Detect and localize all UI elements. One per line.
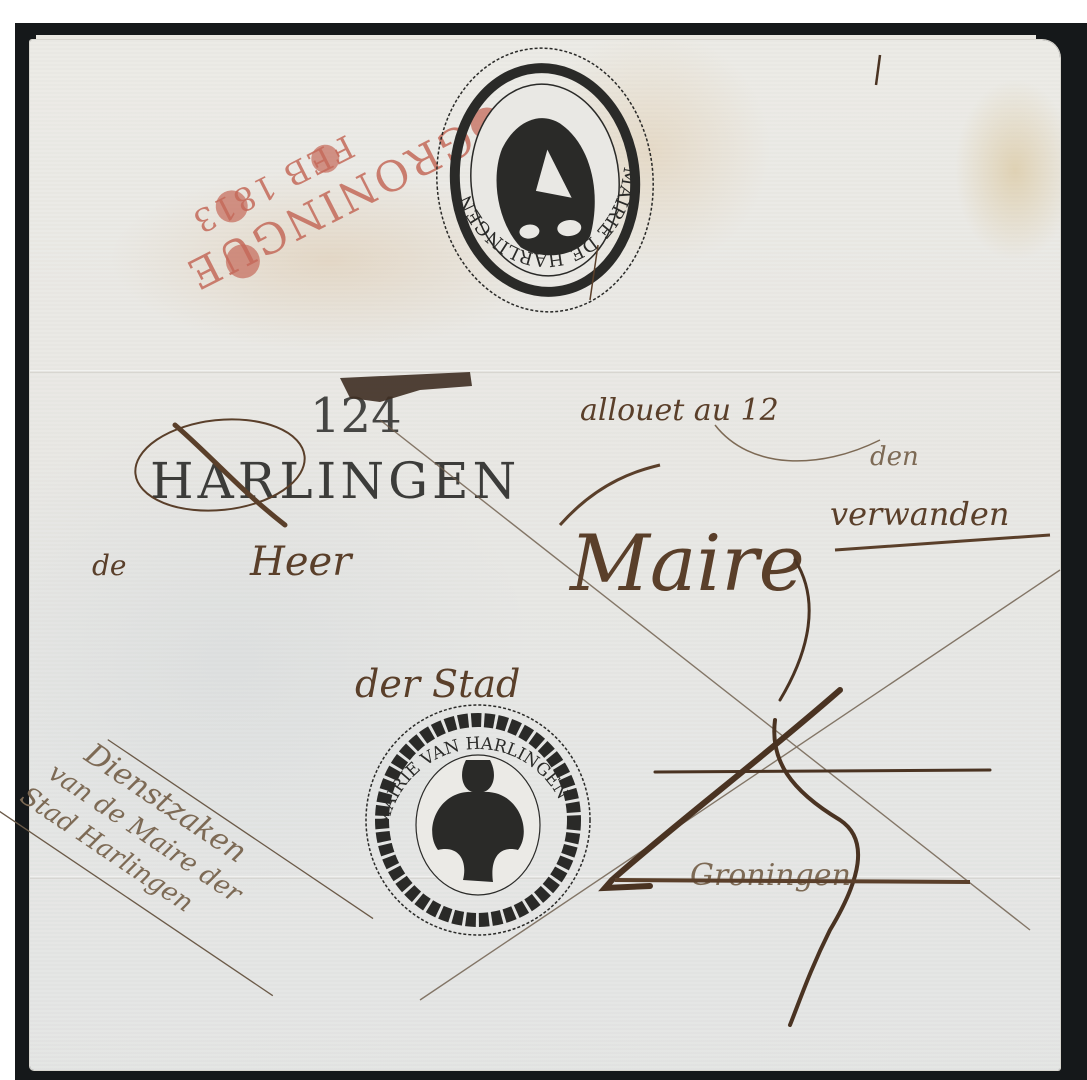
- letter-markings: GRONINGUE FEB 1813 MAIRIE DE HARLINGEN 1…: [0, 0, 1087, 1080]
- upper-oval-seal: MAIRIE DE HARLINGEN: [426, 39, 664, 321]
- destination-strike: [615, 880, 970, 882]
- town-postmark: 124 HARLINGEN: [150, 388, 520, 510]
- svg-text:Maire: Maire: [568, 519, 805, 609]
- svg-text:de: de: [92, 549, 127, 582]
- destination-text: Groningen: [690, 858, 851, 893]
- rate-mark: [605, 560, 990, 1025]
- svg-text:der Stad: der Stad: [355, 662, 520, 706]
- svg-text:den: den: [870, 442, 919, 472]
- ink-smudge: [340, 372, 472, 402]
- svg-text:allouet au 12: allouet au 12: [580, 393, 779, 428]
- ink-tick-top: [876, 55, 880, 85]
- lower-oval-seal: MAIRIE VAN HARLINGEN: [366, 705, 590, 935]
- svg-text:verwanden: verwanden: [830, 495, 1009, 533]
- svg-text:Heer: Heer: [249, 539, 354, 585]
- red-arrival-postmark: GRONINGUE FEB 1813: [159, 61, 514, 302]
- svg-text:HARLINGEN: HARLINGEN: [150, 452, 520, 510]
- service-endorsement: Dienstzaken van de Maire der Stad Harlin…: [0, 706, 373, 1018]
